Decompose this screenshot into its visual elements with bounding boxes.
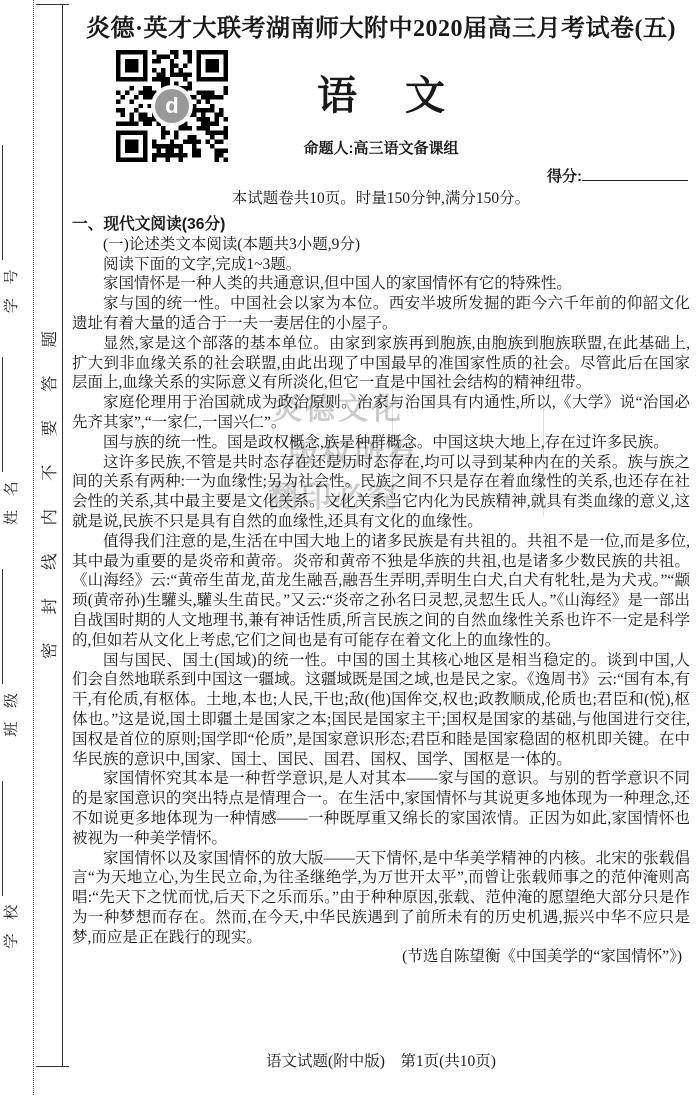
body-paragraph: 家与国的统一性。中国社会以家为本位。西安半坡所发掘的距今六千年前的仰韶文化遗址有… [72, 294, 690, 334]
seal-field-label: 姓 名 [4, 476, 20, 525]
source-attribution: (节选自陈望衡《中国美学的“家国情怀”》) [72, 947, 690, 967]
body-paragraph: 国与国民、国土(国域)的统一性。中国的国土其核心地区是相当稳定的。谈到中国,人们… [72, 651, 690, 770]
seal-field: 学 校 [4, 781, 20, 949]
seal-top-cap-line [36, 4, 69, 5]
body-paragraph: 国与族的统一性。国是政权概念,族是种群概念。中国这块大地上,存在过许多民族。 [72, 433, 690, 453]
seal-field-blank-line [2, 781, 16, 896]
paper-info: 本试题卷共10页。时量150分钟,满分150分。 [72, 189, 690, 208]
qr-code: d [116, 50, 228, 162]
score-blank-line [582, 166, 688, 181]
seal-warning-text: 密封线内不要答题 [36, 295, 60, 695]
exam-title: 炎德·英才大联考湖南师大附中2020届高三月考试卷(五) [72, 0, 690, 46]
seal-field: 学 号 [4, 145, 20, 313]
seal-dotted-line [33, 0, 34, 1095]
seal-bottom-cap-line [36, 1066, 69, 1067]
reading-instruction: 阅读下面的文字,完成1~3题。 [72, 255, 690, 275]
seal-field: 班 级 [4, 569, 20, 737]
subsection-title: (一)论述类文本阅读(本题共3小题,9分) [72, 235, 690, 255]
seal-field-label: 学 校 [4, 900, 20, 949]
paper-content: 炎德·英才大联考湖南师大附中2020届高三月考试卷(五) d 语文 命题人:高三… [72, 0, 690, 967]
score-row: 得分: [72, 166, 690, 186]
seal-field-blank-line [2, 145, 16, 260]
exam-paper-page: 学 校班 级姓 名学 号 密封线内不要答题 炎德文化 版权所有 翻印必究 炎德·… [0, 0, 700, 1095]
section-title: 一、现代文阅读(36分) [72, 215, 690, 235]
body-paragraph: 家国情怀是一种人类的共通意识,但中国人的家国情怀有它的特殊性。 [72, 274, 690, 294]
seal-field-blank-line [2, 569, 16, 684]
body-paragraph: 值得我们注意的是,生活在中国大地上的诸多民族是有共祖的。共祖不是一位,而是多位,… [72, 532, 690, 651]
body-paragraphs: 家国情怀是一种人类的共通意识,但中国人的家国情怀有它的特殊性。家与国的统一性。中… [72, 274, 690, 947]
body-paragraph: 家庭伦理用于治国就成为政治原则。治家与治国具有内通性,所以,《大学》说“治国必先… [72, 393, 690, 433]
body-paragraph: 显然,家是这个部落的基本单位。由家到家族再到胞族,由胞族到胞族联盟,在此基础上,… [72, 334, 690, 393]
body-paragraph: 家国情怀究其本是一种哲学意识,是人对其本——家与国的意识。与别的哲学意识不同的是… [72, 769, 690, 848]
seal-border-line [62, 5, 63, 1067]
page-footer: 语文试题(附中版) 第1页(共10页) [72, 1052, 690, 1071]
body-paragraph: 这许多民族,不管是共时态存在还是历时态存在,均可以寻到某种内在的关系。族与族之间… [72, 453, 690, 532]
seal-field-label: 学 号 [4, 264, 20, 313]
score-label: 得分: [547, 168, 582, 185]
seal-student-fields: 学 校班 级姓 名学 号 [0, 57, 28, 1037]
body-paragraph: 家国情怀以及家国情怀的放大版——天下情怀,是中华美学精神的内核。北宋的张载倡言“… [72, 849, 690, 948]
qr-logo-icon: d [155, 89, 189, 123]
seal-field: 姓 名 [4, 357, 20, 525]
seal-field-label: 班 级 [4, 688, 20, 737]
seal-field-blank-line [2, 357, 16, 472]
